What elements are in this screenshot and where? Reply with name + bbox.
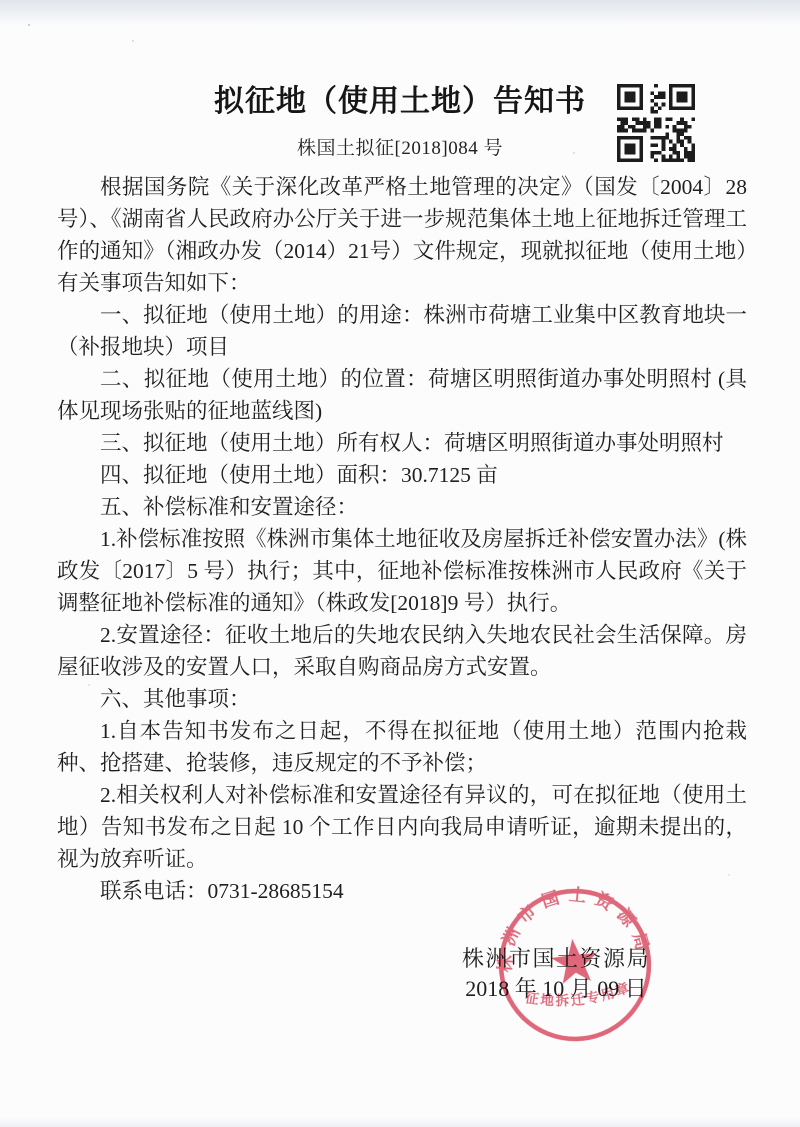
paragraph-item-5-2-resettlement: 2.安置途径：征收土地后的失地农民纳入失地农民社会生活保障。房屋征收涉及的安置人…	[57, 619, 747, 683]
scan-artifact-speckles	[28, 24, 30, 26]
paragraph-item-6-1-prohibition: 1.自本告知书发布之日起，不得在拟征地（使用土地）范围内抢栽种、抢搭建、抢装修，…	[57, 715, 747, 779]
paragraph-item-2-location: 二、拟征地（使用土地）的位置：荷塘区明照街道办事处明照村 (具体见现场张贴的征地…	[57, 363, 747, 427]
signature-block: 株洲市国土资源局 2018 年 10 月 09 日	[462, 944, 650, 1004]
contact-phone-line: 联系电话：0731-28685154	[57, 875, 747, 907]
paragraph-item-5-heading: 五、补偿标准和安置途径：	[57, 491, 747, 523]
scan-artifact-top-band	[0, 0, 800, 26]
issue-date: 2018 年 10 月 09 日	[462, 974, 650, 1004]
paragraph-item-6-heading: 六、其他事项：	[57, 683, 747, 715]
paragraph-item-4-area: 四、拟征地（使用土地）面积：30.7125 亩	[57, 459, 747, 491]
qr-code-icon	[616, 84, 696, 162]
paragraph-item-6-2-hearing: 2.相关权利人对补偿标准和安置途径有异议的，可在拟征地（使用土地）告知书发布之日…	[57, 779, 747, 875]
paragraph-item-5-1-compensation: 1.补偿标准按照《株洲市集体土地征收及房屋拆迁补偿安置办法》(株政发〔2017〕…	[57, 523, 747, 619]
paragraph-basis: 根据国务院《关于深化改革严格土地管理的决定》（国发〔2004〕28号）、《湖南省…	[57, 171, 747, 299]
paragraph-item-1-purpose: 一、拟征地（使用土地）的用途：株洲市荷塘工业集中区教育地块一（补报地块）项目	[57, 299, 747, 363]
document-body: 根据国务院《关于深化改革严格土地管理的决定》（国发〔2004〕28号）、《湖南省…	[57, 171, 747, 907]
issuing-authority: 株洲市国土资源局	[462, 944, 650, 974]
paragraph-item-3-owner: 三、拟征地（使用土地）所有权人：荷塘区明照街道办事处明照村	[57, 427, 747, 459]
scanned-document-page: 拟征地（使用土地）告知书 株国土拟征[2018]084 号 根据国务院《关于深化…	[0, 0, 800, 1127]
scan-artifact-bottom-band	[0, 1117, 800, 1127]
